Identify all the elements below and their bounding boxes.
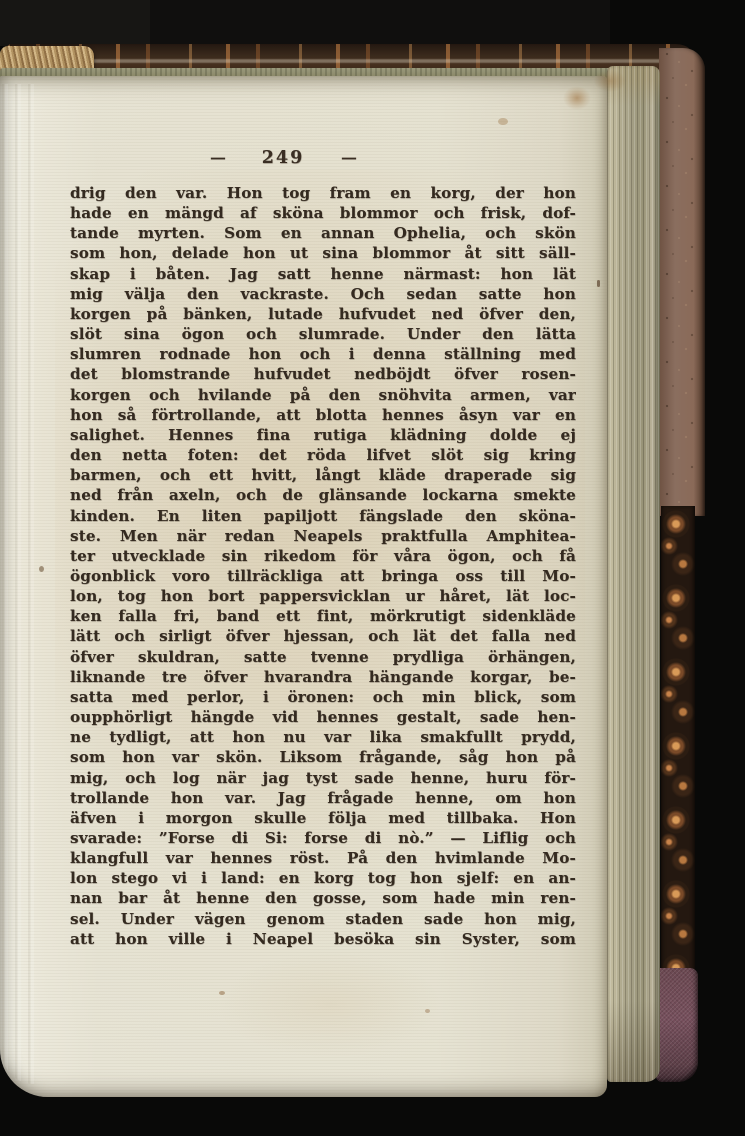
book-fore-edge-pages bbox=[607, 66, 660, 1082]
text-line: korgen och hvilande på den snöhvita arme… bbox=[70, 385, 576, 405]
text-line: slumren rodnade hon och i denna ställnin… bbox=[70, 344, 576, 364]
text-line: trollande hon var. Jag frågade henne, om… bbox=[70, 788, 576, 808]
text-line: klangfull var hennes röst. På den hvimla… bbox=[70, 848, 576, 868]
text-line: det blomstrande hufvudet nedböjdt öfver … bbox=[70, 364, 576, 384]
text-line: ter utvecklade sin rikedom för våra ögon… bbox=[70, 546, 576, 566]
text-line: äfven i morgon skulle följa med tillbaka… bbox=[70, 808, 576, 828]
text-line: nan bar åt henne den gosse, som hade min… bbox=[70, 888, 576, 908]
text-line: liknande tre öfver hvarandra hängande ko… bbox=[70, 667, 576, 687]
ink-speck bbox=[597, 280, 600, 287]
text-line: tande myrten. Som en annan Ophelia, och … bbox=[70, 223, 576, 243]
text-line: öfver skuldran, satte tvenne prydliga ör… bbox=[70, 647, 576, 667]
text-line: den netta foten: det röda lifvet slöt si… bbox=[70, 445, 576, 465]
header-ornament-right: — bbox=[341, 148, 356, 167]
text-line: lon, tog hon bort pappersvicklan ur håre… bbox=[70, 586, 576, 606]
text-line: hade en mängd af sköna blommor och frisk… bbox=[70, 203, 576, 223]
text-line: lätt och sirligt öfver hjessan, och lät … bbox=[70, 626, 576, 646]
text-line: ned från axeln, och de glänsande lockarn… bbox=[70, 485, 576, 505]
text-line: ögonblick voro tillräckliga att bringa o… bbox=[70, 566, 576, 586]
text-line: oupphörligt hängde vid hennes gestalt, s… bbox=[70, 707, 576, 727]
background-shadow-patch bbox=[0, 0, 150, 46]
text-line: skap i båten. Jag satt henne närmast: ho… bbox=[70, 264, 576, 284]
text-line: ste. Men när redan Neapels praktfulla Am… bbox=[70, 526, 576, 546]
text-line: satta med perlor, i öronen: och min blic… bbox=[70, 687, 576, 707]
text-line: som hon var skön. Liksom frågande, såg h… bbox=[70, 747, 576, 767]
text-line: ken falla fri, band ett fint, mörkrutigt… bbox=[70, 606, 576, 626]
text-line: att hon ville i Neapel besöka sin Syster… bbox=[70, 929, 576, 949]
text-line: mig, och log när jag tyst sade henne, hu… bbox=[70, 768, 576, 788]
text-line: hon så förtrollande, att blotta hennes å… bbox=[70, 405, 576, 425]
text-line: barmen, och ett hvitt, långt kläde drape… bbox=[70, 465, 576, 485]
paper-stain bbox=[190, 940, 470, 1070]
body-text: drig den var. Hon tog fram en korg, der … bbox=[70, 183, 576, 949]
page-number: 249 bbox=[262, 148, 305, 168]
book-cover-marbled-edge bbox=[661, 506, 695, 980]
scanned-book-photo: { "document": { "header": { "dash_left":… bbox=[0, 0, 745, 1136]
book-cover-speckled-edge bbox=[659, 48, 705, 516]
header-ornament-left: — bbox=[210, 148, 225, 167]
paper-stain bbox=[498, 118, 508, 125]
book-cover-cloth-corner bbox=[656, 968, 698, 1082]
text-line: svarade: ”Forse di Si: forse di nò.” — L… bbox=[70, 828, 576, 848]
text-line: kinden. En liten papiljott fängslade den… bbox=[70, 506, 576, 526]
text-line: ne tydligt, att hon nu var lika smakfull… bbox=[70, 727, 576, 747]
text-line: korgen på bänken, lutade hufvudet ned öf… bbox=[70, 304, 576, 324]
paper-stain bbox=[563, 86, 591, 110]
text-line: mig välja den vackraste. Och sedan satte… bbox=[70, 284, 576, 304]
text-line: salighet. Hennes fina rutiga klädning do… bbox=[70, 425, 576, 445]
text-line: lon stego vi i land: en korg tog hon sje… bbox=[70, 868, 576, 888]
text-line: som hon, delade hon ut sina blommor åt s… bbox=[70, 243, 576, 263]
text-line: sel. Under vägen genom staden sade hon m… bbox=[70, 909, 576, 929]
text-line: slöt sina ögon och slumrade. Under den l… bbox=[70, 324, 576, 344]
paper-stain bbox=[588, 66, 632, 96]
background-shadow-patch bbox=[150, 0, 610, 44]
ink-speck bbox=[39, 566, 44, 572]
ink-speck bbox=[219, 991, 225, 995]
ink-speck bbox=[425, 1009, 430, 1013]
text-line: drig den var. Hon tog fram en korg, der … bbox=[70, 183, 576, 203]
page-header: — 249 — bbox=[210, 146, 356, 170]
